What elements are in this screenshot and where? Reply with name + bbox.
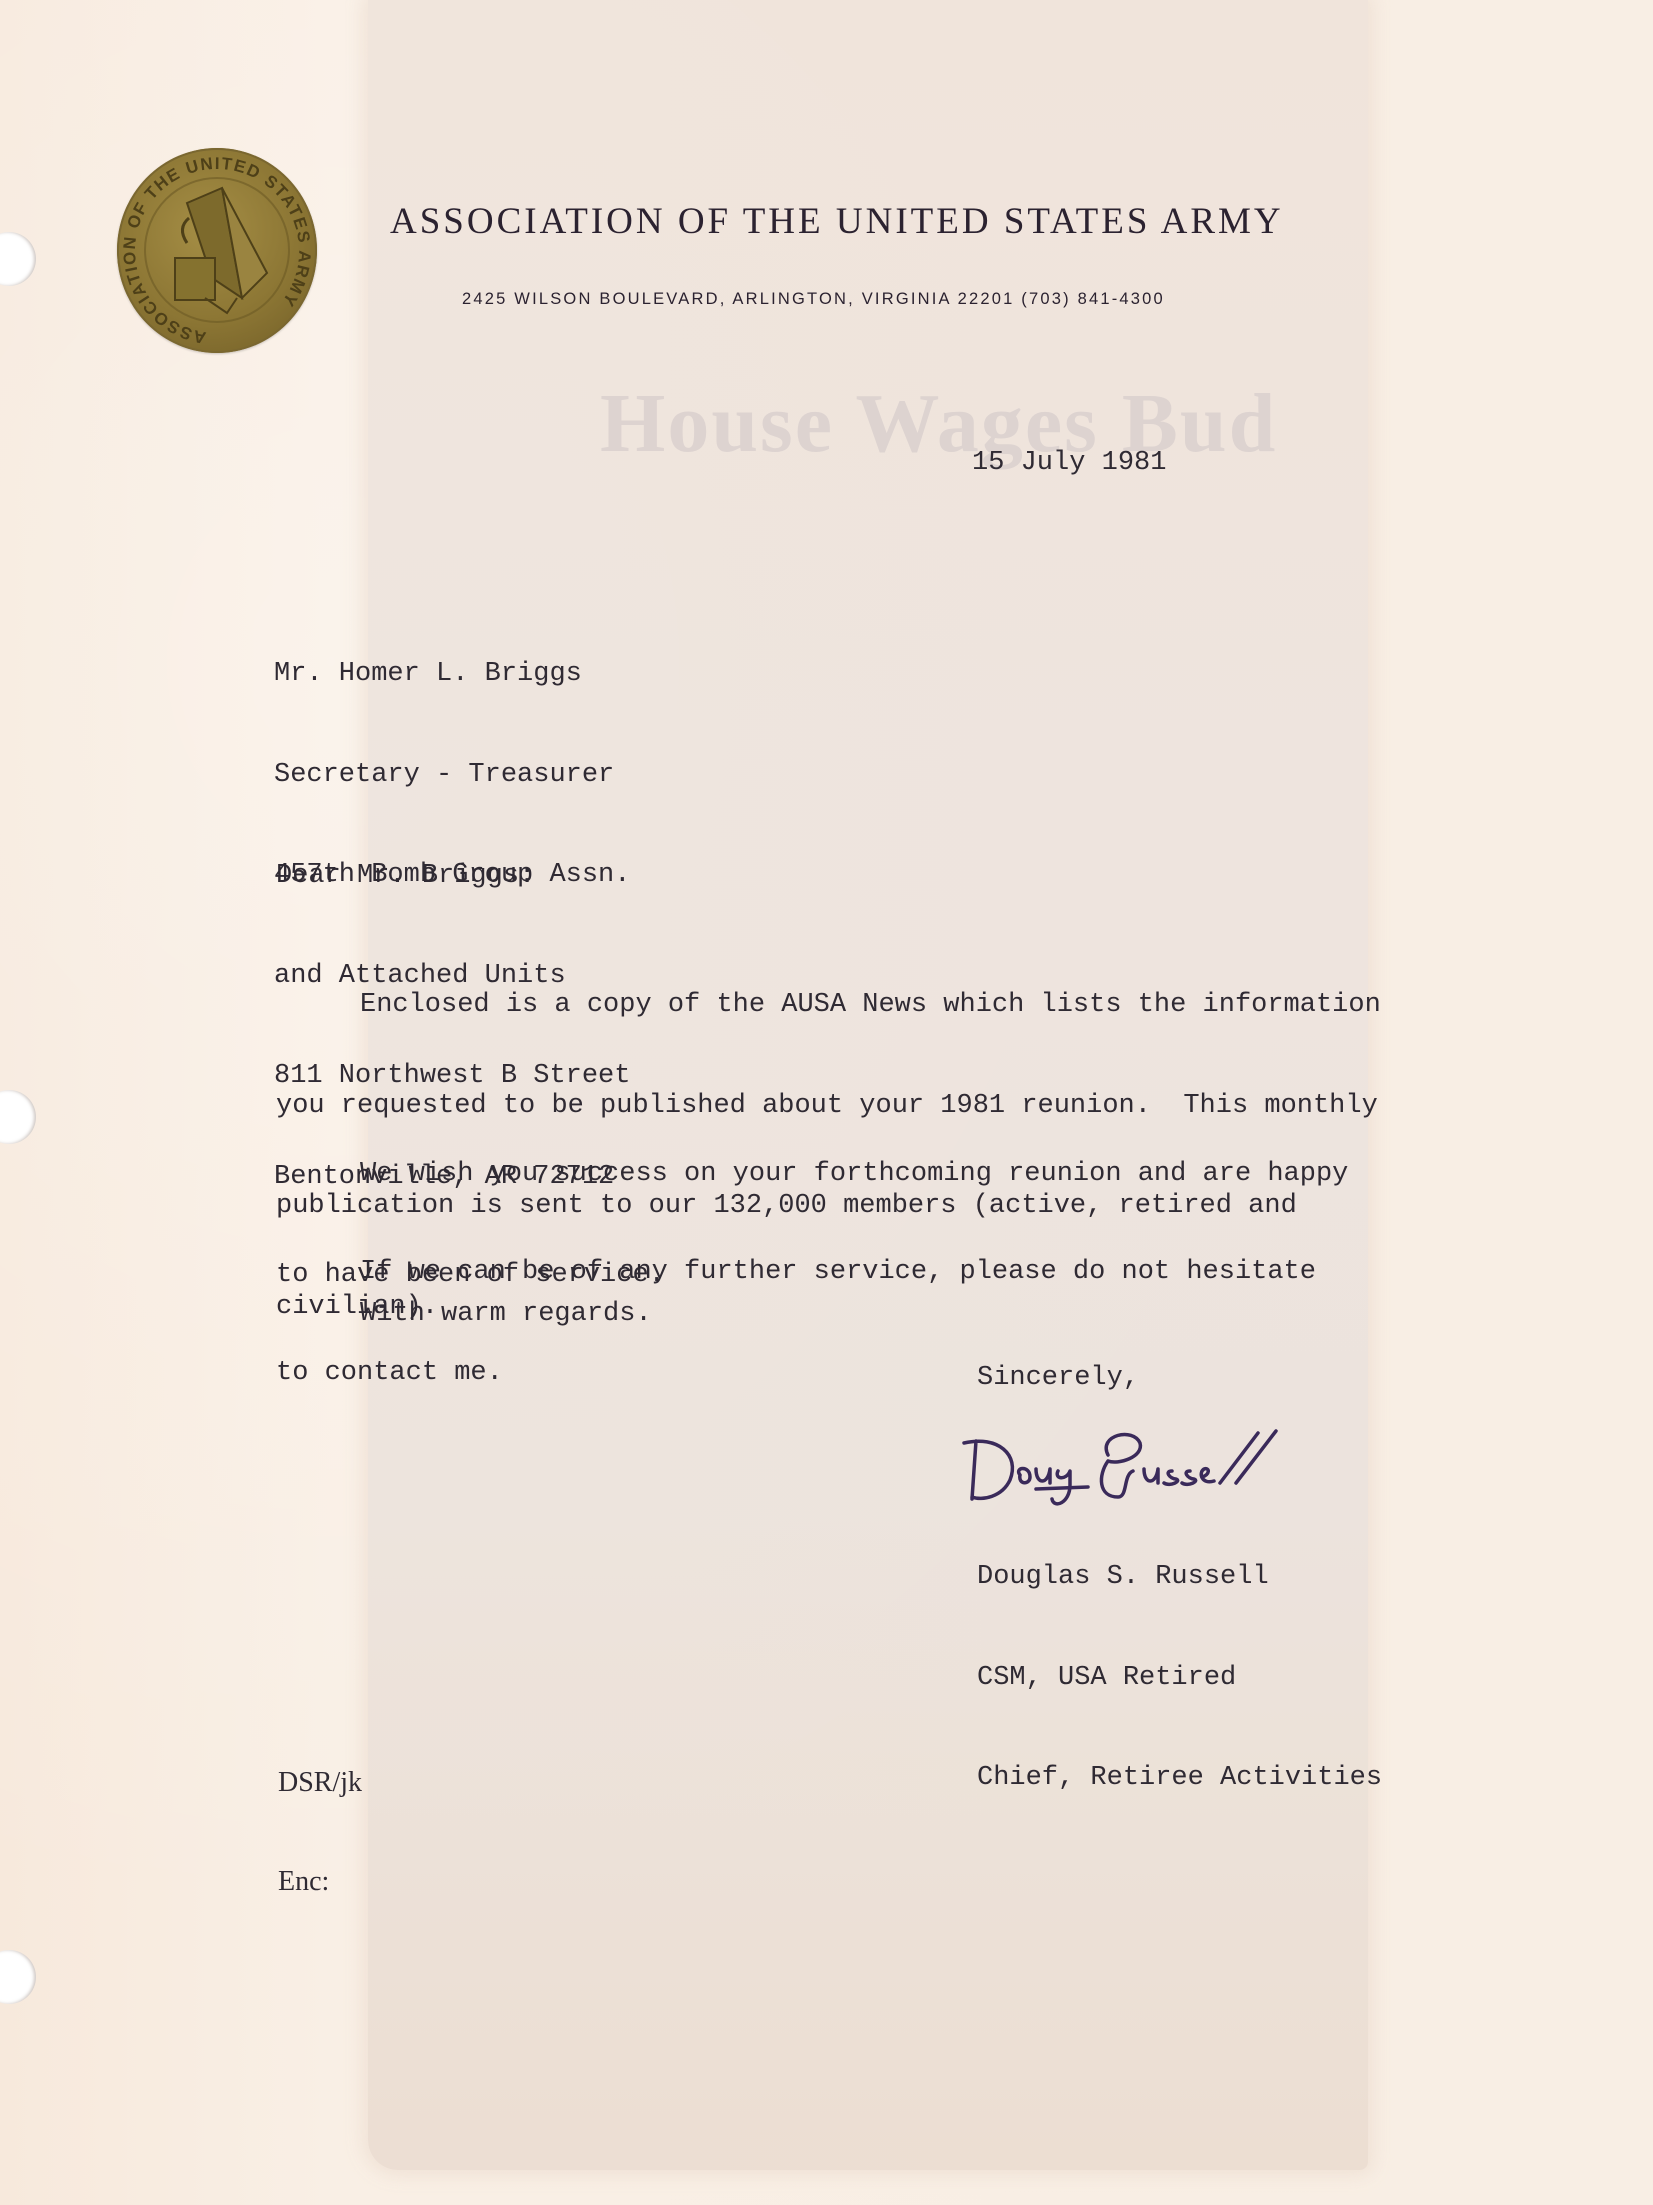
organization-name: ASSOCIATION OF THE UNITED STATES ARMY (390, 200, 1284, 243)
signer-name: Douglas S. Russell (977, 1561, 1382, 1595)
paragraph-line: If we can be of any further service, ple… (276, 1256, 1316, 1290)
sign-off: Sincerely, (977, 1362, 1139, 1396)
signer-title: Chief, Retiree Activities (977, 1762, 1382, 1796)
paragraph-line: Enclosed is a copy of the AUSA News whic… (276, 989, 1381, 1023)
recipient-line: Mr. Homer L. Briggs (274, 658, 630, 692)
reference-block: DSR/jk Enc: (278, 1700, 362, 1931)
showthrough-headline: House Wages Bud (600, 375, 1277, 472)
paragraph-line: We wish you success on your forthcoming … (276, 1158, 1348, 1192)
enclosure-note: Enc: (278, 1865, 362, 1898)
ausa-seal-icon: ASSOCIATION OF THE UNITED STATES ARMY (117, 148, 317, 353)
paragraph-line: to contact me. (276, 1357, 1316, 1391)
salutation: Dear Mr. Briggs: (276, 860, 535, 894)
closing-remark: With warm regards. (360, 1298, 652, 1332)
recipient-line: Secretary - Treasurer (274, 759, 630, 793)
organization-address: 2425 WILSON BOULEVARD, ARLINGTON, VIRGIN… (462, 290, 1165, 309)
letter-date: 15 July 1981 (972, 447, 1166, 481)
signer-rank: CSM, USA Retired (977, 1662, 1382, 1696)
typist-initials: DSR/jk (278, 1766, 362, 1799)
signer-block: Douglas S. Russell CSM, USA Retired Chie… (977, 1494, 1382, 1829)
